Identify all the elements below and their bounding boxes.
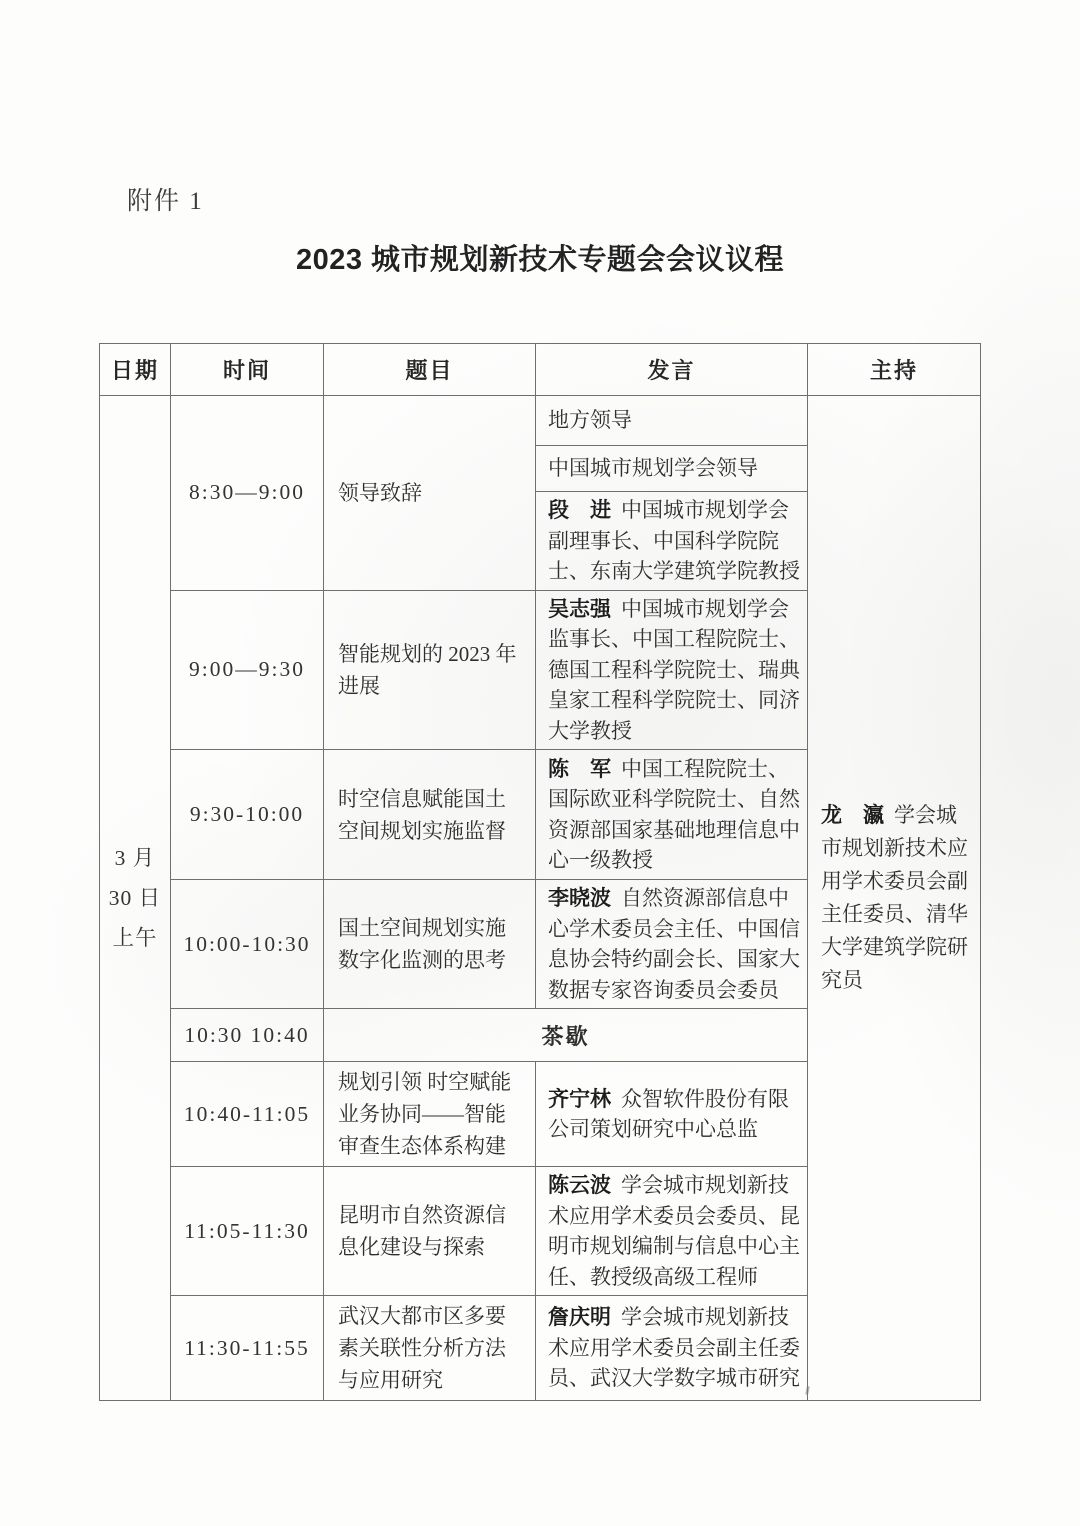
header-date: 日期 bbox=[100, 344, 171, 396]
speaker-name: 段 进 bbox=[548, 498, 611, 522]
host-cell: 龙 瀛学会城市规划新技术应用学术委员会副主任委员、清华大学建筑学院研究员 bbox=[808, 396, 981, 1401]
speech-cell: 段 进中国城市规划学会副理事长、中国科学院院士、东南大学建筑学院教授 bbox=[536, 492, 808, 591]
topic-cell: 国土空间规划实施数字化监测的思考 bbox=[324, 880, 536, 1009]
speech-cell: 陈 军中国工程院院士、国际欧亚科学院院士、自然资源部国家基础地理信息中心一级教授 bbox=[536, 750, 808, 880]
date-line: 30 日 bbox=[100, 878, 170, 918]
topic-cell: 武汉大都市区多要素关联性分析方法与应用研究 bbox=[324, 1296, 536, 1401]
host-desc: 学会城市规划新技术应用学术委员会副主任委员、清华大学建筑学院研究员 bbox=[821, 803, 968, 992]
speaker-name: 陈云波 bbox=[548, 1173, 611, 1197]
header-speech: 发言 bbox=[536, 344, 808, 396]
speech-cell: 李晓波自然资源部信息中心学术委员会主任、中国信息协会特约副会长、国家大数据专家咨… bbox=[536, 880, 808, 1009]
speaker-name: 詹庆明 bbox=[548, 1305, 611, 1329]
topic-cell: 领导致辞 bbox=[324, 396, 536, 591]
attachment-label: 附件 1 bbox=[127, 181, 204, 217]
speech-cell: 吴志强中国城市规划学会监事长、中国工程院院士、德国工程科学院院士、瑞典皇家工程科… bbox=[536, 590, 808, 750]
speech-cell: 陈云波学会城市规划新技术应用学术委员会委员、昆明市规划编制与信息中心主任、教授级… bbox=[536, 1167, 808, 1296]
speaker-name: 吴志强 bbox=[548, 597, 611, 621]
table-row: 3 月 30 日 上午 8:30—9:00 领导致辞 地方领导 龙 瀛学会城市规… bbox=[100, 396, 981, 446]
date-cell: 3 月 30 日 上午 bbox=[100, 396, 171, 1401]
time-cell: 10:30 10:40 bbox=[171, 1009, 324, 1062]
date-line: 上午 bbox=[100, 918, 170, 958]
host-name: 龙 瀛 bbox=[821, 803, 884, 827]
time-cell: 9:30-10:00 bbox=[171, 750, 324, 880]
topic-cell: 智能规划的 2023 年进展 bbox=[324, 590, 536, 750]
speech-cell: 中国城市规划学会领导 bbox=[536, 446, 808, 492]
break-cell: 茶歇 bbox=[324, 1009, 808, 1062]
time-cell: 8:30—9:00 bbox=[171, 396, 324, 591]
speaker-name: 陈 军 bbox=[548, 757, 611, 781]
time-cell: 11:30-11:55 bbox=[171, 1296, 324, 1401]
time-cell: 9:00—9:30 bbox=[171, 590, 324, 750]
header-time: 时间 bbox=[171, 344, 324, 396]
speech-cell: 齐宁林众智软件股份有限公司策划研究中心总监 bbox=[536, 1062, 808, 1167]
speaker-desc: 地方领导 bbox=[548, 408, 632, 432]
speech-cell: 地方领导 bbox=[536, 396, 808, 446]
header-host: 主持 bbox=[808, 344, 981, 396]
speaker-name: 齐宁林 bbox=[548, 1087, 611, 1111]
page-title: 2023 城市规划新技术专题会会议议程 bbox=[0, 237, 1080, 278]
table-header-row: 日期 时间 题目 发言 主持 bbox=[100, 344, 981, 396]
header-topic: 题目 bbox=[324, 344, 536, 396]
topic-cell: 时空信息赋能国土空间规划实施监督 bbox=[324, 750, 536, 880]
speech-cell: 詹庆明学会城市规划新技术应用学术委员会副主任委员、武汉大学数字城市研究 bbox=[536, 1296, 808, 1401]
speaker-desc: 中国城市规划学会领导 bbox=[548, 456, 758, 480]
agenda-table: 日期 时间 题目 发言 主持 3 月 30 日 上午 8:30—9:00 领导致… bbox=[99, 343, 981, 1401]
speaker-name: 李晓波 bbox=[548, 886, 611, 910]
time-cell: 10:00-10:30 bbox=[171, 880, 324, 1009]
time-cell: 11:05-11:30 bbox=[171, 1167, 324, 1296]
time-cell: 10:40-11:05 bbox=[171, 1062, 324, 1167]
date-line: 3 月 bbox=[100, 838, 170, 878]
topic-cell: 规划引领 时空赋能业务协同——智能审查生态体系构建 bbox=[324, 1062, 536, 1167]
topic-cell: 昆明市自然资源信息化建设与探索 bbox=[324, 1167, 536, 1296]
